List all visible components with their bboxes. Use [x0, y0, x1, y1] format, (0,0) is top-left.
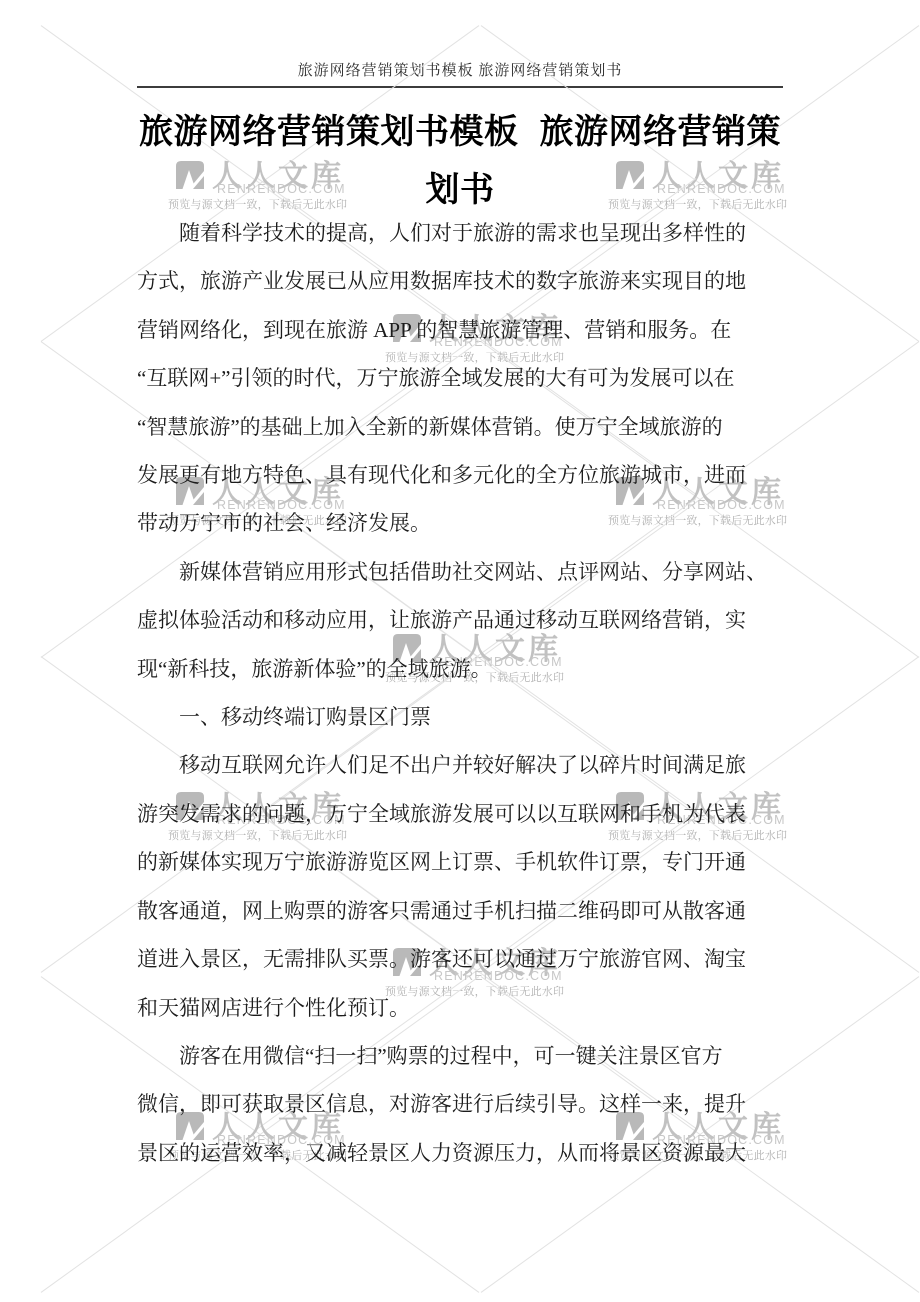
- text-line: 微信，即可获取景区信息，对游客进行后续引导。这样一来，提升: [137, 1080, 787, 1128]
- document-title: 旅游网络营销策划书模板 旅游网络营销策划书: [117, 104, 803, 220]
- text-line: 一、移动终端订购景区门票: [137, 693, 787, 741]
- text-line: 和天猫网店进行个性化预订。: [137, 984, 787, 1032]
- text-line: 发展更有地方特色、具有现代化和多元化的全方位旅游城市，进而: [137, 451, 787, 499]
- text-line: 景区的运营效率，又减轻景区人力资源压力，从而将景区资源最大: [137, 1129, 787, 1177]
- title-line: 旅游网络营销策划书模板 旅游网络营销策: [117, 104, 803, 162]
- text-line: 游客在用微信“扫一扫”购票的过程中，可一键关注景区官方: [137, 1032, 787, 1080]
- body-text: 随着科学技术的提高，人们对于旅游的需求也呈现出多样性的方式，旅游产业发展已从应用…: [137, 209, 787, 1177]
- text-line: 新媒体营销应用形式包括借助社交网站、点评网站、分享网站、: [137, 548, 787, 596]
- text-line: “互联网+”引领的时代，万宁旅游全域发展的大有可为发展可以在: [137, 354, 787, 402]
- text-line: 现“新科技，旅游新体验”的全域旅游。: [137, 645, 787, 693]
- document-page: 人人文库 RENRENDOC.COM 预览与源文档一致，下载后无此水印 人人文库…: [0, 0, 920, 1302]
- text-line: 移动互联网允许人们足不出户并较好解决了以碎片时间满足旅: [137, 741, 787, 789]
- text-line: 的新媒体实现万宁旅游游览区网上订票、手机软件订票，专门开通: [137, 838, 787, 886]
- page-header-text: 旅游网络营销策划书模板 旅游网络营销策划书: [137, 61, 783, 81]
- text-line: 虚拟体验活动和移动应用，让旅游产品通过移动互联网络营销，实: [137, 596, 787, 644]
- text-line: 营销网络化，到现在旅游 APP 的智慧旅游管理、营销和服务。在: [137, 306, 787, 354]
- text-line: 游突发需求的问题，万宁全域旅游发展可以以互联网和手机为代表: [137, 790, 787, 838]
- text-line: 散客通道，网上购票的游客只需通过手机扫描二维码即可从散客通: [137, 887, 787, 935]
- text-line: 带动万宁市的社会、经济发展。: [137, 499, 787, 547]
- text-line: “智慧旅游”的基础上加入全新的新媒体营销。使万宁全域旅游的: [137, 403, 787, 451]
- header-divider: [137, 86, 783, 88]
- text-line: 随着科学技术的提高，人们对于旅游的需求也呈现出多样性的: [137, 209, 787, 257]
- text-line: 方式，旅游产业发展已从应用数据库技术的数字旅游来实现目的地: [137, 257, 787, 305]
- text-line: 道进入景区，无需排队买票。游客还可以通过万宁旅游官网、淘宝: [137, 935, 787, 983]
